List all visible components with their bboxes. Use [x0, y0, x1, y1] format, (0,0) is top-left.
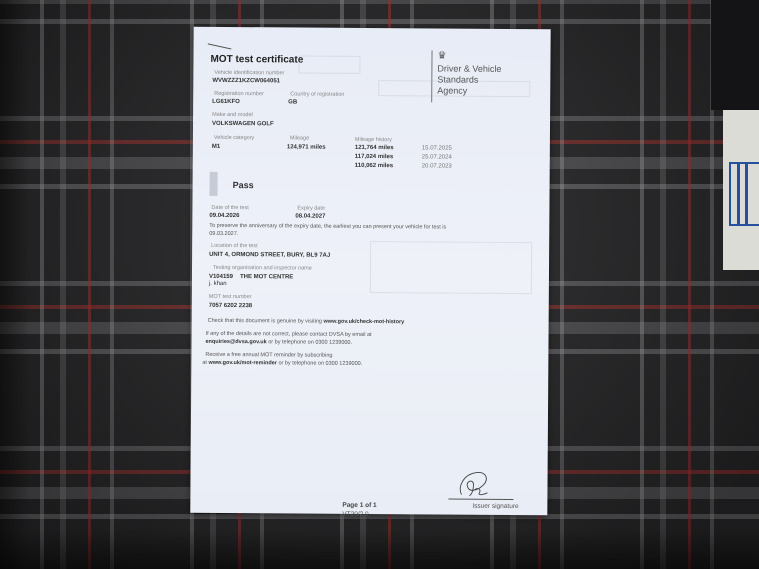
signature-label: Issuer signature — [472, 503, 518, 510]
expiry-date-label: Expiry date — [297, 205, 325, 211]
mileage-history-date: 15.07.2025 — [422, 145, 452, 151]
mileage-label: Mileage — [290, 135, 309, 141]
location-label: Location of the test — [211, 243, 258, 249]
adjacent-object — [723, 110, 759, 270]
country-label: Country of registration — [290, 91, 344, 97]
location-value: UNIT 4, ORMOND STREET, BURY, BL9 7AJ — [209, 252, 330, 259]
dark-gap — [711, 0, 759, 110]
reminder-details: at www.gov.uk/mot-reminder or by telepho… — [202, 360, 362, 367]
mot-reminder-link[interactable]: www.gov.uk/mot-reminder — [208, 360, 276, 366]
contact-details: enquiries@dvsa.gov.uk or by telephone on… — [205, 339, 352, 346]
category-label: Vehicle category — [214, 135, 254, 141]
issuer-name-line1: Driver & Vehicle — [437, 63, 501, 73]
form-code: VT20/2.0 — [342, 511, 368, 518]
vin-label: Vehicle identification number — [214, 70, 284, 76]
blue-pattern — [729, 162, 759, 226]
watermark — [370, 241, 532, 294]
royal-crest-icon: ♛ — [437, 50, 451, 62]
blue-pattern-bar — [745, 162, 748, 224]
org-id: V104159 — [209, 274, 233, 280]
make-model-value: VOLKSWAGEN GOLF — [212, 121, 274, 127]
pen-mark — [208, 43, 232, 49]
mileage-history-label: Mileage history — [355, 137, 392, 143]
anniversary-note: To preserve the anniversary of the expir… — [209, 223, 446, 231]
vin-value: WVWZZZ1KZCW064051 — [212, 78, 280, 84]
reminder-text: Receive a free annual MOT reminder by su… — [205, 352, 332, 359]
test-result: Pass — [233, 180, 254, 190]
dvsa-email-link[interactable]: enquiries@dvsa.gov.uk — [205, 339, 266, 345]
test-number-value: 7057 6202 2238 — [209, 303, 252, 309]
check-mot-history-link[interactable]: www.gov.uk/check-mot-history — [323, 319, 404, 326]
mileage-history-date: 20.07.2023 — [422, 163, 452, 169]
inspector-name: j. khan — [209, 281, 227, 287]
org-label: Testing organisation and inspector name — [213, 265, 312, 272]
mileage-value: 124,971 miles — [287, 144, 326, 150]
registration-value: LG61KFO — [212, 99, 240, 105]
registration-label: Registration number — [214, 91, 264, 97]
seat-bottom-shadow — [0, 529, 759, 569]
expiry-date-value: 08.04.2027 — [295, 213, 325, 219]
seat-seam — [0, 0, 30, 569]
document-title: MOT test certificate — [210, 54, 303, 66]
issuer-signature — [455, 469, 495, 499]
blue-pattern-bar — [737, 162, 740, 224]
watermark — [298, 55, 360, 73]
mileage-history-date: 25.07.2024 — [422, 154, 452, 160]
check-genuine-text: Check that this document is genuine by v… — [208, 318, 405, 325]
test-number-label: MOT test number — [209, 294, 252, 300]
page-number: Page 1 of 1 — [342, 502, 376, 509]
result-marker — [210, 172, 218, 196]
mot-certificate-paper: MOT test certificate ♛ Driver & Vehicle … — [190, 27, 550, 515]
category-value: M1 — [212, 144, 220, 150]
test-date-label: Date of the test — [211, 205, 248, 211]
make-model-label: Make and model — [212, 112, 253, 118]
mileage-history-miles: 110,062 miles — [355, 163, 393, 169]
contact-text: If any of the details are not correct, p… — [206, 331, 372, 338]
country-value: GB — [288, 99, 297, 105]
test-date-value: 09.04.2026 — [209, 213, 239, 219]
mileage-history-miles: 121,764 miles — [355, 145, 394, 151]
anniversary-date: 09.03.2027. — [209, 231, 238, 237]
mileage-history-miles: 117,024 miles — [355, 154, 393, 160]
signature-line — [448, 499, 513, 500]
org-name: THE MOT CENTRE — [240, 274, 293, 280]
watermark — [378, 80, 530, 97]
